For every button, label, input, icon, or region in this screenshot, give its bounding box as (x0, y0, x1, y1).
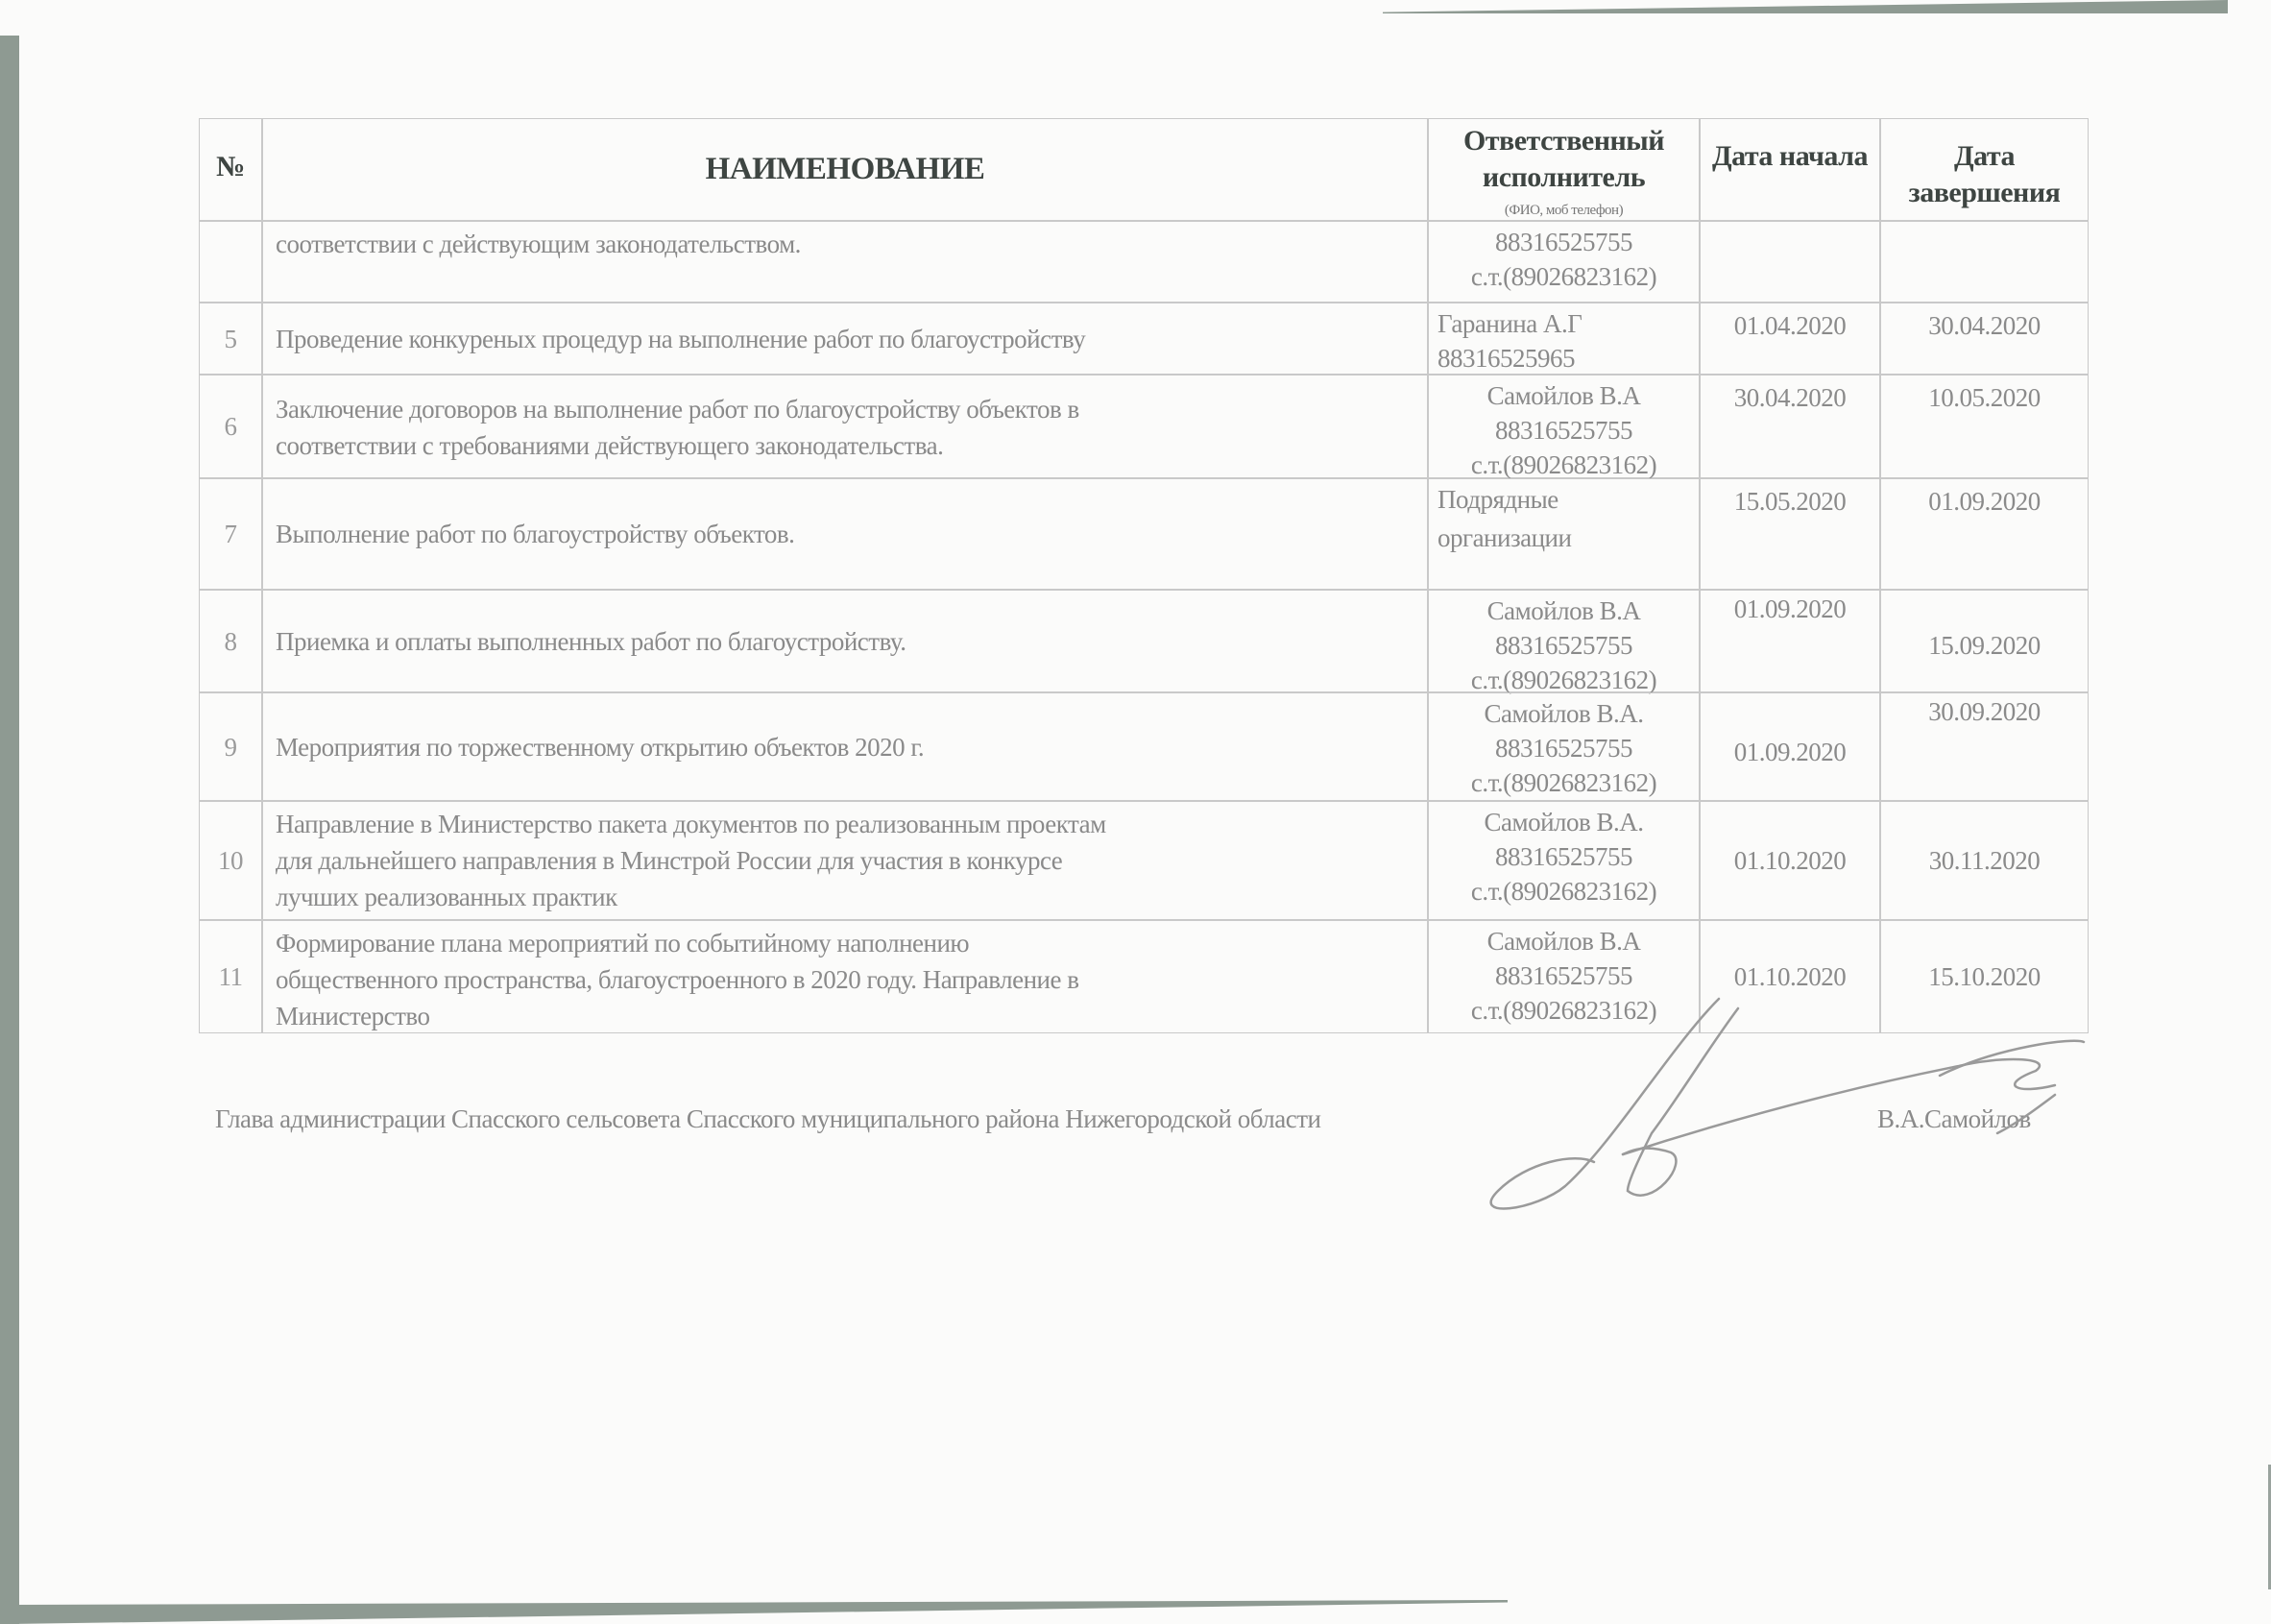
row-cont-end-cell (1880, 221, 2089, 303)
row-end-date: 30.04.2020 (1880, 308, 2089, 343)
row-executor-line: с.т.(89026823162) (1428, 448, 1700, 482)
row-executor-line: Самойлов В.А. (1428, 805, 1700, 839)
row-end-date: 15.09.2020 (1880, 628, 2089, 663)
row-executor-line: с.т.(89026823162) (1428, 874, 1700, 909)
row-number: 5 (199, 322, 262, 356)
row-name-line: Заключение договоров на выполнение работ… (276, 392, 1079, 426)
row-executor-line: Подрядные (1437, 482, 1558, 517)
row-executor-line: 88316525755 (1428, 225, 1700, 259)
header-start: Дата начала (1700, 138, 1880, 175)
row-end-date: 01.09.2020 (1880, 484, 2089, 519)
row-number: 10 (199, 843, 262, 878)
row-cont-num-cell (199, 221, 262, 303)
row-number: 6 (199, 409, 262, 444)
row-number: 11 (199, 959, 262, 994)
header-executor-note: (ФИО, моб телефон) (1428, 202, 1700, 219)
row-executor-line: 88316525755 (1428, 958, 1700, 993)
row-name-line: лучших реализованных практик (276, 880, 617, 914)
header-num: № (199, 149, 262, 185)
row-number: 9 (199, 730, 262, 764)
row-start-date: 15.05.2020 (1700, 484, 1880, 519)
row-executor-line: организации (1437, 521, 1571, 555)
row-name-line: для дальнейшего направления в Минстрой Р… (276, 843, 1062, 878)
row-name-line: Министерство (276, 999, 429, 1033)
row-start-date: 30.04.2020 (1700, 380, 1880, 415)
row-executor-line: 88316525755 (1428, 413, 1700, 448)
row-executor-line: 88316525755 (1428, 731, 1700, 765)
header-end: Дата завершения (1880, 138, 2089, 211)
row-end-date: 10.05.2020 (1880, 380, 2089, 415)
header-executor: Ответственный исполнитель (1428, 123, 1700, 196)
row-executor-line: Самойлов В.А (1428, 924, 1700, 958)
header-name: НАИМЕНОВАНИЕ (262, 151, 1428, 187)
row-executor-line: Самойлов В.А (1428, 594, 1700, 628)
scan-border-top (1383, 0, 2228, 13)
footer-position: Глава администрации Спасского сельсовета… (215, 1104, 1320, 1134)
row-executor-line: 88316525755 (1428, 628, 1700, 663)
row-start-date: 01.09.2020 (1700, 592, 1880, 626)
row-executor-line: Гаранина А.Г (1437, 306, 1582, 341)
row-name-line: Направление в Министерство пакета докуме… (276, 807, 1106, 841)
row-name-line: Выполнение работ по благоустройству объе… (276, 517, 794, 551)
row-number: 8 (199, 624, 262, 659)
row-name-line: соответствии с требованиями действующего… (276, 428, 943, 463)
scan-border-left (0, 36, 19, 1624)
row-number: 7 (199, 517, 262, 551)
row-executor-line: 88316525755 (1428, 839, 1700, 874)
row-cont-start-cell (1700, 221, 1880, 303)
row-executor-line: с.т.(89026823162) (1428, 765, 1700, 800)
handwritten-signature (1460, 989, 2093, 1220)
row-name-line: Мероприятия по торжественному открытию о… (276, 730, 924, 764)
row-name-line: Проведение конкуреных процедур на выполн… (276, 322, 1085, 356)
row-executor-line: с.т.(89026823162) (1428, 259, 1700, 294)
row-name-line: соответствии с действующим законодательс… (276, 227, 801, 261)
row-executor-line: Самойлов В.А. (1428, 696, 1700, 731)
row-name-line: Формирование плана мероприятий по событи… (276, 926, 969, 960)
row-name-line: общественного пространства, благоустроен… (276, 962, 1079, 997)
row-name-line: Приемка и оплаты выполненных работ по бл… (276, 624, 906, 659)
row-executor-line: 88316525965 (1437, 341, 1575, 376)
scan-border-bottom (10, 1600, 1508, 1624)
row-start-date: 01.09.2020 (1700, 735, 1880, 769)
row-executor-line: Самойлов В.А (1428, 378, 1700, 413)
row-start-date: 01.10.2020 (1700, 843, 1880, 878)
row-end-date: 30.09.2020 (1880, 694, 2089, 729)
row-end-date: 30.11.2020 (1880, 843, 2089, 878)
row-start-date: 01.04.2020 (1700, 308, 1880, 343)
